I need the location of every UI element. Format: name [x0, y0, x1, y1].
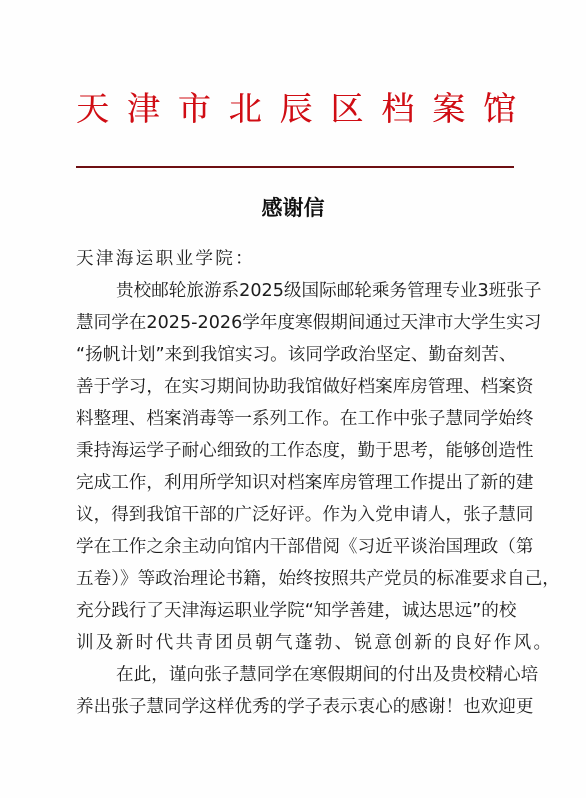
- letterhead-char: 馆: [483, 88, 516, 130]
- body-line: 五卷）》等政治理论书籍，始终按照共产党员的标准要求自己，: [76, 563, 516, 595]
- letterhead-divider-rule: [76, 166, 514, 168]
- body-line: 训及新时代共青团员朝气蓬勃、锐意创新的良好作风。: [76, 627, 516, 659]
- letterhead-char: 区: [330, 88, 363, 130]
- body-line: 料整理、档案消毒等一系列工作。在工作中张子慧同学始终: [76, 403, 516, 435]
- letterhead-char: 津: [127, 88, 160, 130]
- body-line: “扬帆计划”来到我馆实习。该同学政治坚定、勤奋刻苦、: [76, 339, 516, 371]
- body-line: 养出张子慧同学这样优秀的学子表示衷心的感谢！也欢迎更: [76, 691, 516, 723]
- letter-page: 天 津 市 北 辰 区 档 案 馆 感谢信 天津海运职业学院： 贵校邮轮旅游系2…: [0, 0, 586, 798]
- letterhead-char: 北: [229, 88, 262, 130]
- body-line: 贵校邮轮旅游系2025级国际邮轮乘务管理专业3班张子: [76, 275, 516, 307]
- document-title: 感谢信: [0, 193, 586, 223]
- letterhead-char: 市: [178, 88, 211, 130]
- letterhead-char: 案: [432, 88, 465, 130]
- body-line: 秉持海运学子耐心细致的工作态度，勤于思考，能够创造性: [76, 435, 516, 467]
- body-line: 完成工作，利用所学知识对档案库房管理工作提出了新的建: [76, 467, 516, 499]
- body-line: 学在工作之余主动向馆内干部借阅《习近平谈治国理政（第: [76, 531, 516, 563]
- body-line: 充分践行了天津海运职业学院“知学善建，诚达思远”的校: [76, 595, 516, 627]
- letterhead-char: 天: [76, 88, 109, 130]
- body-line: 慧同学在2025-2026学年度寒假期间通过天津市大学生实习: [76, 307, 516, 339]
- letterhead-char: 辰: [280, 88, 313, 130]
- salutation: 天津海运职业学院：: [76, 243, 516, 275]
- letterhead-organization-name: 天 津 市 北 辰 区 档 案 馆: [76, 88, 516, 130]
- letter-body: 天津海运职业学院： 贵校邮轮旅游系2025级国际邮轮乘务管理专业3班张子 慧同学…: [76, 243, 516, 723]
- letterhead-char: 档: [381, 88, 414, 130]
- body-line: 议，得到我馆干部的广泛好评。作为入党申请人，张子慧同: [76, 499, 516, 531]
- body-line: 在此，谨向张子慧同学在寒假期间的付出及贵校精心培: [76, 659, 516, 691]
- body-line: 善于学习，在实习期间协助我馆做好档案库房管理、档案资: [76, 371, 516, 403]
